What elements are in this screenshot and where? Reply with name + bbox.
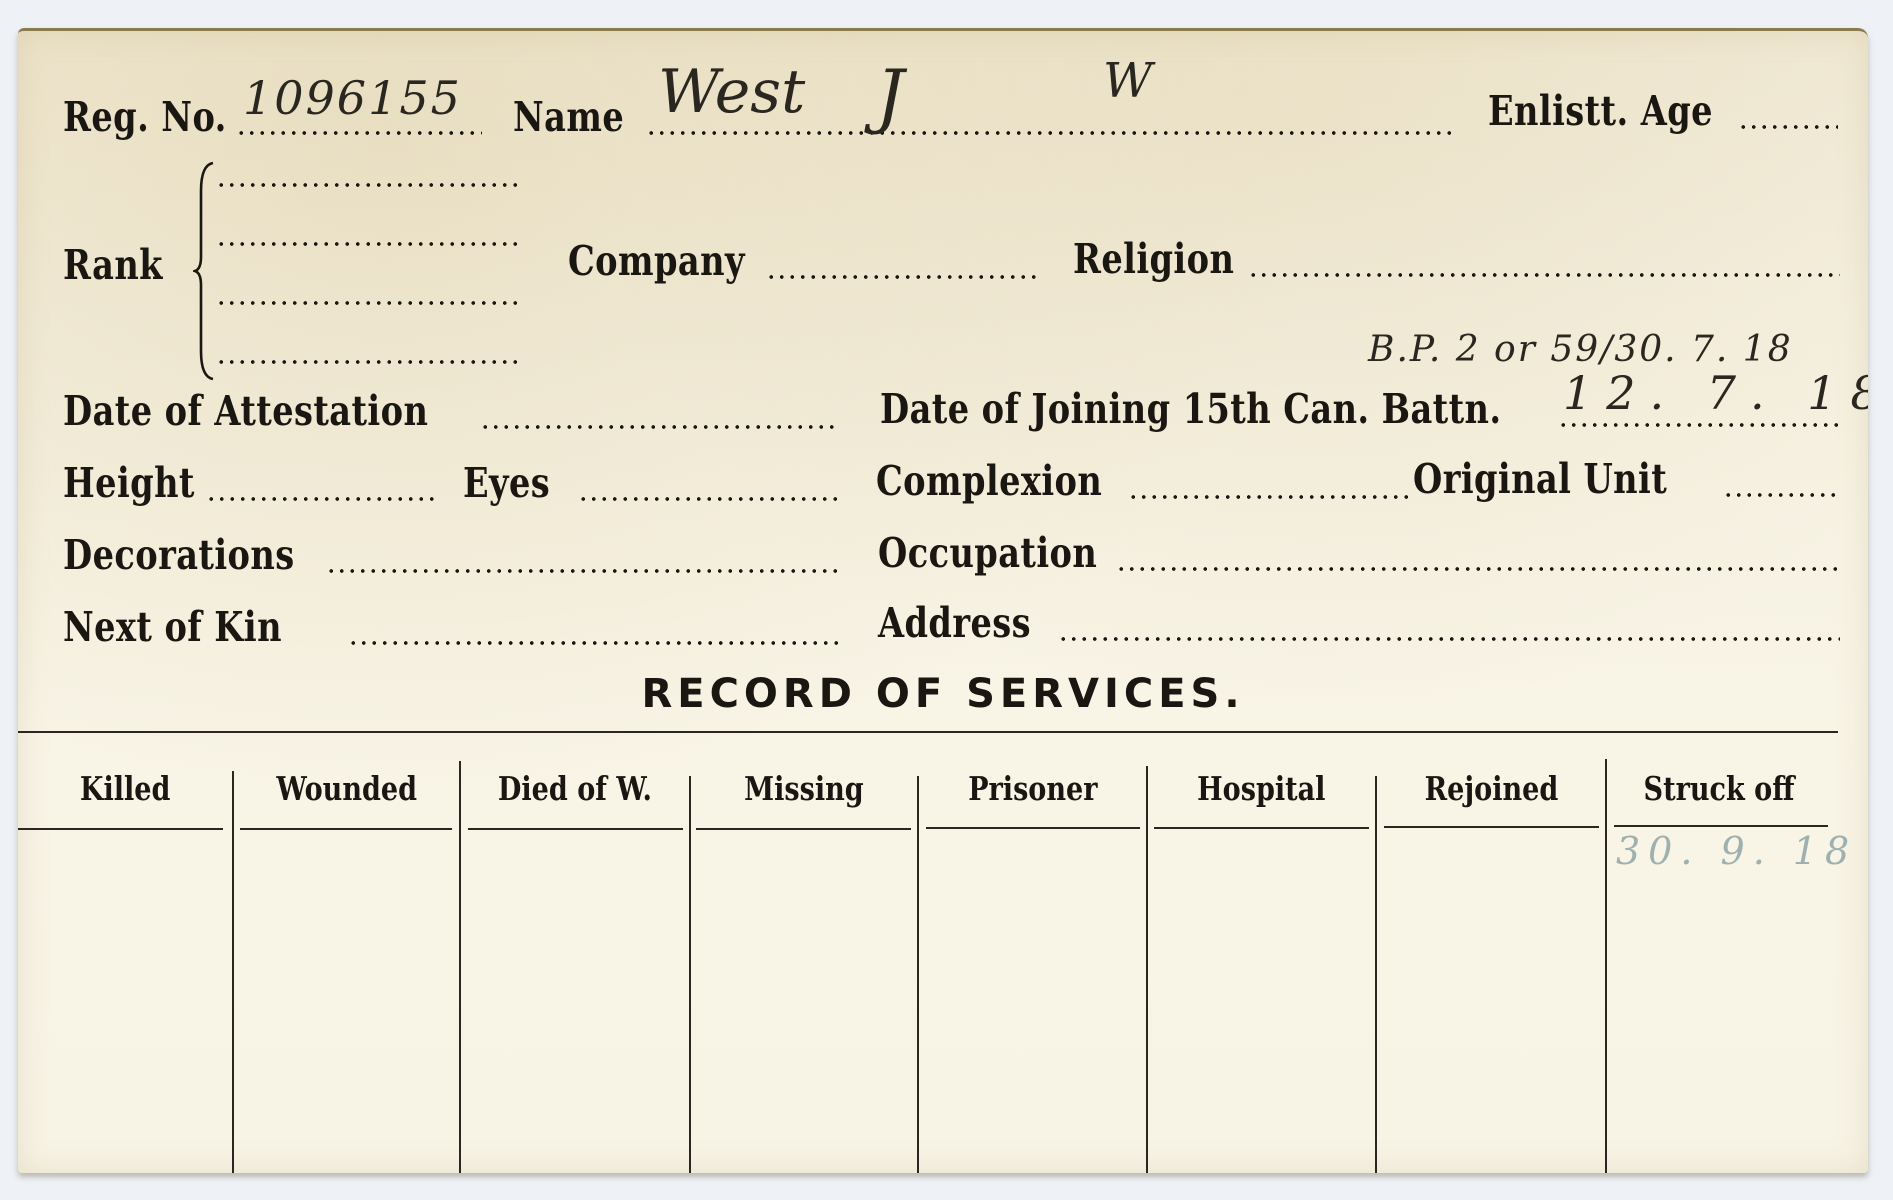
rank-line-1	[216, 183, 521, 187]
company-dots	[766, 275, 1036, 279]
date-of-joining-label: Date of Joining 15th Can. Battn.	[880, 385, 1502, 433]
rank-line-3	[216, 301, 521, 305]
name-initial-2: W	[1103, 53, 1152, 109]
date-of-joining-value: 12. 7. 18	[1563, 366, 1868, 420]
height-label: Height	[63, 459, 195, 507]
rank-brace-icon	[193, 161, 217, 381]
decorations-label: Decorations	[63, 531, 295, 579]
column-header-rejoined: Rejoined	[1376, 769, 1606, 819]
rank-line-4	[216, 360, 521, 364]
address-label: Address	[878, 599, 1031, 647]
next-of-kin-label: Next of Kin	[63, 603, 282, 651]
column-divider	[232, 771, 234, 1173]
enlist-age-label: Enlistt. Age	[1488, 87, 1713, 135]
religion-dots	[1248, 273, 1840, 277]
column-divider	[1605, 759, 1607, 1173]
decorations-dots	[326, 569, 840, 573]
complexion-label: Complexion	[876, 457, 1102, 505]
occupation-label: Occupation	[878, 529, 1097, 577]
eyes-dots	[578, 497, 840, 501]
reg-no-label: Reg. No.	[63, 93, 227, 141]
column-divider	[917, 776, 919, 1173]
name-initial-1: J	[876, 55, 904, 137]
rank-line-2	[216, 242, 521, 246]
joining-annotation: B.P. 2 or 59/30. 7. 18	[1368, 329, 1793, 370]
column-divider	[1375, 776, 1377, 1173]
header-underline	[1384, 826, 1599, 828]
rank-label: Rank	[63, 241, 163, 289]
next-of-kin-dots	[348, 641, 840, 645]
date-of-attestation-dots	[480, 425, 840, 429]
reg-no-value: 1096155	[243, 71, 462, 125]
column-header-wounded: Wounded	[233, 769, 460, 819]
name-dots	[646, 131, 1452, 135]
eyes-label: Eyes	[463, 459, 550, 507]
header-underline	[926, 827, 1140, 829]
column-header-prisoner: Prisoner	[918, 769, 1147, 819]
occupation-dots	[1116, 567, 1840, 571]
column-divider	[459, 761, 461, 1173]
header-underline	[696, 828, 911, 830]
column-header-missing: Missing	[690, 769, 918, 819]
name-label: Name	[513, 93, 624, 141]
original-unit-dots	[1723, 493, 1840, 497]
column-divider	[1146, 766, 1148, 1173]
religion-label: Religion	[1073, 235, 1234, 283]
column-header-struck-off: Struck off	[1606, 769, 1832, 819]
column-header-hospital: Hospital	[1147, 769, 1376, 819]
enlist-age-dots	[1738, 125, 1838, 129]
height-dots	[206, 497, 436, 501]
header-underline	[240, 828, 452, 830]
service-record-card: Reg. No. 1096155 Name West J W Enlistt. …	[18, 28, 1868, 1173]
header-underline	[1154, 827, 1369, 829]
date-of-joining-dots	[1558, 423, 1840, 427]
header-underline	[18, 828, 223, 830]
reg-no-dots	[236, 131, 482, 135]
complexion-dots	[1128, 495, 1408, 499]
date-of-attestation-label: Date of Attestation	[63, 387, 428, 435]
header-underline	[468, 828, 683, 830]
column-header-killed: Killed	[18, 769, 233, 819]
record-of-services-title: RECORD OF SERVICES.	[18, 671, 1868, 717]
struck-off-value: 30. 9. 18	[1616, 829, 1857, 873]
header-underline	[1614, 825, 1828, 827]
column-header-died-of-wounds: Died of W.	[460, 769, 690, 819]
original-unit-label: Original Unit	[1413, 455, 1667, 503]
address-dots	[1058, 637, 1840, 641]
company-label: Company	[568, 237, 745, 285]
table-top-rule	[18, 731, 1838, 733]
name-surname: West	[658, 57, 805, 127]
column-divider	[689, 776, 691, 1173]
